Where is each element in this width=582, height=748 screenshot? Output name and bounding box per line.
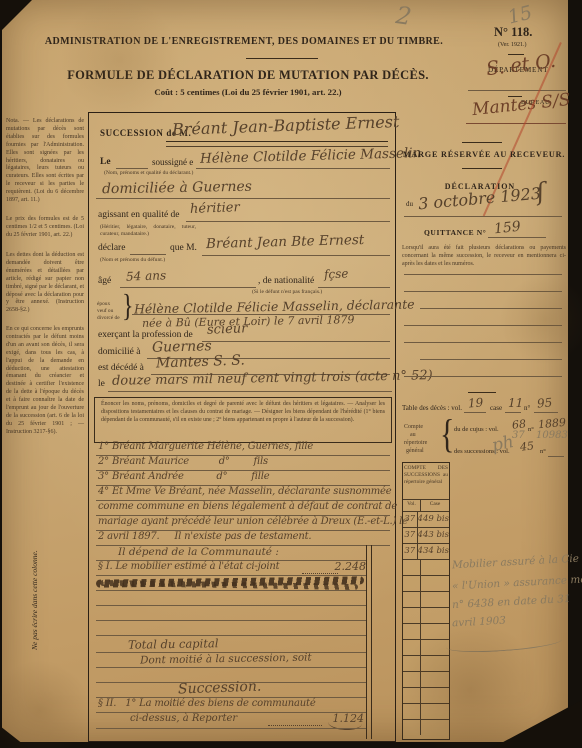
compte-cell: 37 bbox=[403, 512, 418, 527]
receveur-blank-line bbox=[404, 376, 562, 377]
receveur-blank-line bbox=[404, 291, 562, 292]
entry-rule bbox=[96, 620, 366, 621]
table-deces-vol: 19 bbox=[468, 395, 484, 410]
entry-rule bbox=[96, 605, 366, 606]
entry-line: 2° Bréant Maurice d° fils bbox=[98, 456, 268, 467]
profession-value: scieur bbox=[207, 321, 248, 337]
successions-num-label: n° bbox=[540, 448, 546, 455]
form-version: (Ver. 1921.) bbox=[498, 42, 527, 48]
compte-col-vol: Vol. bbox=[403, 500, 421, 511]
entry-line-mobilier: § I. Le mobilier estimé à l'état ci-join… bbox=[98, 561, 279, 572]
age-rule bbox=[120, 287, 256, 288]
table-deces-vol-rule bbox=[464, 412, 486, 413]
successions-vol: 45 bbox=[519, 439, 534, 453]
age-value: 54 ans bbox=[126, 268, 167, 283]
bureau-rule bbox=[466, 123, 566, 124]
nationalite-rule bbox=[318, 287, 390, 288]
table-deces-case-rule bbox=[505, 412, 521, 413]
entry-dots bbox=[268, 725, 322, 726]
compte-table-header-row: Vol. Case bbox=[403, 499, 449, 511]
form-number: N° 118. bbox=[494, 25, 532, 40]
qualite-sub: (Héritier, légataire, donataire, tuteur,… bbox=[100, 224, 196, 239]
entry-line: 2 avril 1897. Il n'existe pas de testame… bbox=[98, 531, 311, 542]
compte-row-empty bbox=[403, 591, 449, 607]
entry-succession-heading: Succession. bbox=[178, 679, 262, 698]
compte-row-empty bbox=[403, 655, 449, 671]
qualite-rule bbox=[186, 221, 390, 222]
date-rule bbox=[108, 391, 392, 392]
entry-dots bbox=[302, 573, 338, 574]
table-deces-num-label: n° bbox=[524, 404, 530, 412]
quittance-rule bbox=[488, 237, 546, 238]
successions-num-rule bbox=[548, 456, 564, 457]
compte-row: 37 443 bis bbox=[403, 527, 449, 543]
qualite-label: agissant en qualité de bbox=[98, 210, 180, 220]
heirs-instructions-box: Énoncer les noms, prénoms, domiciles et … bbox=[94, 397, 392, 443]
profession-rule bbox=[202, 341, 390, 342]
receveur-blank-line bbox=[420, 308, 562, 309]
money-column-rule bbox=[366, 545, 372, 739]
declarant-sub: (Nom, prénoms et qualité du déclarant.) bbox=[104, 170, 224, 177]
compte-cell: 449 bis bbox=[418, 512, 449, 527]
nationalite-label: , de nationalité bbox=[258, 276, 314, 286]
quittance-label: QUITTANCE N° bbox=[424, 228, 486, 237]
entry-line: comme commune en biens légalement à défa… bbox=[98, 501, 397, 512]
compte-row: 37 449 bis bbox=[403, 511, 449, 527]
administration-title: ADMINISTRATION DE L'ENREGISTREMENT, DES … bbox=[28, 36, 460, 47]
declarant-rule bbox=[196, 168, 390, 169]
receveur-title: MARGE RÉSERVÉE AU RECEVEUR. bbox=[400, 150, 568, 159]
le-label: Le bbox=[100, 157, 111, 167]
entry-rule bbox=[96, 728, 366, 729]
decujus-num-2: 10983 bbox=[536, 430, 568, 441]
declare-label: déclare bbox=[98, 243, 125, 253]
table-deces-num: 95 bbox=[536, 395, 552, 410]
defunt-sub: (Nom et prénoms du défunt.) bbox=[100, 257, 210, 264]
compte-row-empty bbox=[403, 671, 449, 687]
receveur-ornament-bottom bbox=[462, 168, 502, 169]
entry-rule bbox=[96, 590, 366, 591]
receveur-blank-line bbox=[404, 342, 562, 343]
compte-row: 37 434 bis bbox=[403, 543, 449, 559]
entry-line: 4° Et Mme Ve Bréant, née Masselin, décla… bbox=[98, 486, 391, 497]
compte-row-empty bbox=[403, 607, 449, 623]
compte-cell: 443 bis bbox=[418, 528, 449, 543]
table-deces-case: 11 bbox=[508, 396, 523, 410]
declaration-rule bbox=[404, 216, 562, 217]
entry-line: 3° Bréant Andrée d° fille bbox=[98, 471, 269, 482]
entry-rule bbox=[96, 635, 366, 636]
table-deces-label: Table des décès : vol. bbox=[402, 404, 462, 412]
repertoire-label-1: Compte bbox=[404, 424, 440, 432]
repertoire-label-4: général bbox=[406, 448, 440, 456]
receveur-blank-line bbox=[420, 359, 562, 360]
compte-row-empty bbox=[403, 719, 449, 735]
deces-value: Mantes S. S. bbox=[156, 352, 245, 371]
entry-line: Il dépend de la Communauté : bbox=[118, 546, 279, 558]
entry-line: § II. 1° La moitié des biens de communau… bbox=[98, 698, 316, 709]
entry-rule bbox=[96, 667, 366, 668]
deces-label: est décédé à bbox=[98, 363, 144, 373]
compte-cell: 37 bbox=[403, 544, 418, 559]
margin-emprunts: En ce qui concerne les emprunts contract… bbox=[6, 326, 84, 437]
margin-dettes: Les dettes dont la déduction est demandé… bbox=[6, 252, 84, 315]
domicile-label: domicilié à bbox=[98, 347, 140, 357]
declare-que-label: que M. bbox=[170, 243, 197, 253]
qualite-value: héritier bbox=[190, 200, 240, 217]
form-cost: Coût : 5 centimes (Loi du 25 février 190… bbox=[50, 87, 446, 97]
declarant-domicile-value: domiciliée à Guernes bbox=[102, 179, 252, 198]
epoux-label-3: divorcé de bbox=[97, 315, 125, 322]
epoux-label-1: époux bbox=[97, 301, 121, 307]
decujus-num: 1889 bbox=[537, 416, 566, 431]
table-deces-case-label: case bbox=[490, 404, 502, 412]
quittance-value: 159 bbox=[493, 219, 521, 238]
entry-amount-mobilier: 2.248 bbox=[330, 560, 366, 573]
compte-successions-table: COMPTE DES SUCCESSIONS au répertoire gén… bbox=[402, 462, 450, 740]
entry-line-report: ci-dessus, à Reporter bbox=[130, 713, 237, 724]
table-deces-num-rule bbox=[534, 412, 558, 413]
form-title: FORMULE DE DÉCLARATION DE MUTATION PAR D… bbox=[50, 68, 446, 83]
compte-row-empty bbox=[403, 703, 449, 719]
declaration-du-label: du bbox=[406, 200, 413, 208]
repertoire-label-3: répertoire bbox=[404, 440, 440, 448]
declare-blank bbox=[130, 254, 166, 255]
compte-table-title: COMPTE DES SUCCESSIONS au répertoire gén… bbox=[403, 463, 449, 499]
defunt-rule bbox=[202, 255, 390, 256]
compte-row-empty bbox=[403, 559, 449, 575]
declarant-domicile-rule bbox=[96, 198, 390, 199]
age-label: âgé bbox=[98, 276, 111, 286]
scanned-death-declaration-form: 2 15 ADMINISTRATION DE L'ENREGISTREMENT,… bbox=[0, 0, 582, 748]
compte-col-case: Case bbox=[421, 500, 449, 511]
receveur-blank-line bbox=[404, 325, 562, 326]
compte-row-empty bbox=[403, 639, 449, 655]
decujus-num-label: n° bbox=[528, 426, 534, 433]
margin-nota: Nota. — Les déclarations de mutations pa… bbox=[6, 118, 84, 205]
compte-cell: 434 bis bbox=[418, 544, 449, 559]
receveur-note: Lorsqu'il aura été fait plusieurs déclar… bbox=[402, 245, 566, 269]
nationalite-value: fçse bbox=[324, 266, 349, 281]
epoux-bracket: } bbox=[122, 290, 134, 325]
receveur-ornament-top bbox=[462, 142, 502, 143]
le-blank bbox=[116, 168, 148, 169]
entry-total-label: Total du capital bbox=[128, 636, 219, 652]
margin-vertical-note: Ne pas écrire dans cette colonne. bbox=[30, 470, 39, 650]
soussigne-label: soussigné e bbox=[152, 157, 193, 167]
receveur-blank-line bbox=[404, 274, 562, 275]
compte-cell: 37 bbox=[403, 528, 418, 543]
decujus-label: du de cujus : vol. bbox=[454, 426, 499, 433]
receveur-mini-divider bbox=[468, 392, 496, 393]
entry-line: mariage ayant précédé leur union célébré… bbox=[98, 516, 408, 527]
compte-row-empty bbox=[403, 575, 449, 591]
nationalite-sub: (Si le défunt n'est pas français.) bbox=[252, 289, 382, 296]
margin-prix: Le prix des formules est de 5 centimes 1… bbox=[6, 216, 84, 240]
entry-line: 1° Bréant Marguerite Hélène, Guernes, fi… bbox=[98, 441, 313, 452]
compte-row-empty bbox=[403, 623, 449, 639]
date-label: le bbox=[98, 379, 105, 389]
compte-row-empty bbox=[403, 687, 449, 703]
repertoire-brace: { bbox=[440, 412, 454, 458]
repertoire-label-2: au bbox=[410, 432, 440, 440]
header-divider bbox=[246, 58, 318, 59]
